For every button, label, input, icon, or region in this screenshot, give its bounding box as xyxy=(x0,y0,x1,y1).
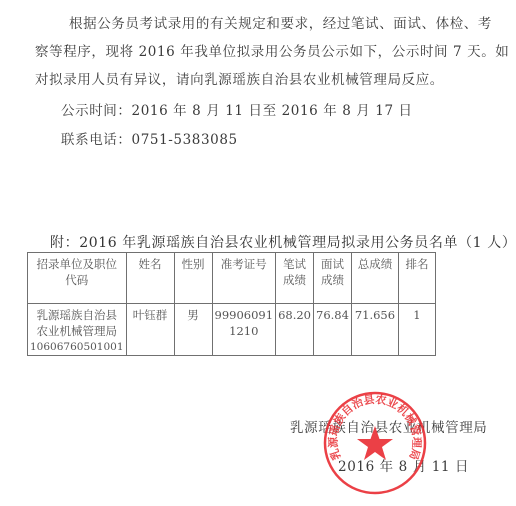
signature-date: 2016 年 8 月 11 日 xyxy=(338,455,469,475)
contact-phone: 联系电话：0751-5383085 xyxy=(61,130,238,150)
cell-rank: 1 xyxy=(398,304,435,356)
cell-total-score: 71.656 xyxy=(351,304,398,356)
intro-paragraph-line-1: 根据公务员考试录用的有关规定和要求，经过笔试、面试、体检、考 xyxy=(69,14,492,34)
header-exam-id: 准考证号 xyxy=(212,253,276,304)
notice-period: 公示时间：2016 年 8 月 11 日至 2016 年 8 月 17 日 xyxy=(61,101,413,121)
header-total-score: 总成绩 xyxy=(351,253,398,304)
cell-unit: 乳源瑶族自治县 农业机械管理局 10606760501001 xyxy=(28,304,127,356)
header-unit: 招录单位及职位 代码 xyxy=(28,253,127,304)
table-row: 乳源瑶族自治县 农业机械管理局 10606760501001 叶钰群 男 999… xyxy=(28,304,436,356)
intro-paragraph-line-3: 对拟录用人员有异议，请向乳源瑶族自治县农业机械管理局反应。 xyxy=(35,70,444,90)
official-seal-icon: 乳源瑶族自治县农业机械管理局 xyxy=(322,390,428,496)
cell-name: 叶钰群 xyxy=(126,304,174,356)
cell-interview-score: 76.84 xyxy=(314,304,352,356)
roster-table: 招录单位及职位 代码 姓名 性别 准考证号 笔试 成绩 面试 成绩 总成绩 排名… xyxy=(27,252,436,356)
header-interview-score: 面试 成绩 xyxy=(314,253,352,304)
table-header-row: 招录单位及职位 代码 姓名 性别 准考证号 笔试 成绩 面试 成绩 总成绩 排名 xyxy=(28,253,436,304)
header-rank: 排名 xyxy=(398,253,435,304)
cell-written-score: 68.20 xyxy=(276,304,314,356)
signature-organization: 乳源瑶族自治县农业机械管理局 xyxy=(290,416,487,436)
cell-gender: 男 xyxy=(174,304,212,356)
header-gender: 性别 xyxy=(174,253,212,304)
intro-paragraph-line-2: 察等程序，现将 2016 年我单位拟录用公务员公示如下，公示时间 7 天。如 xyxy=(35,42,509,62)
cell-exam-id: 99906091 1210 xyxy=(212,304,276,356)
header-written-score: 笔试 成绩 xyxy=(276,253,314,304)
header-name: 姓名 xyxy=(126,253,174,304)
appendix-title: 附：2016 年乳源瑶族自治县农业机械管理局拟录用公务员名单（1 人） xyxy=(50,232,516,252)
